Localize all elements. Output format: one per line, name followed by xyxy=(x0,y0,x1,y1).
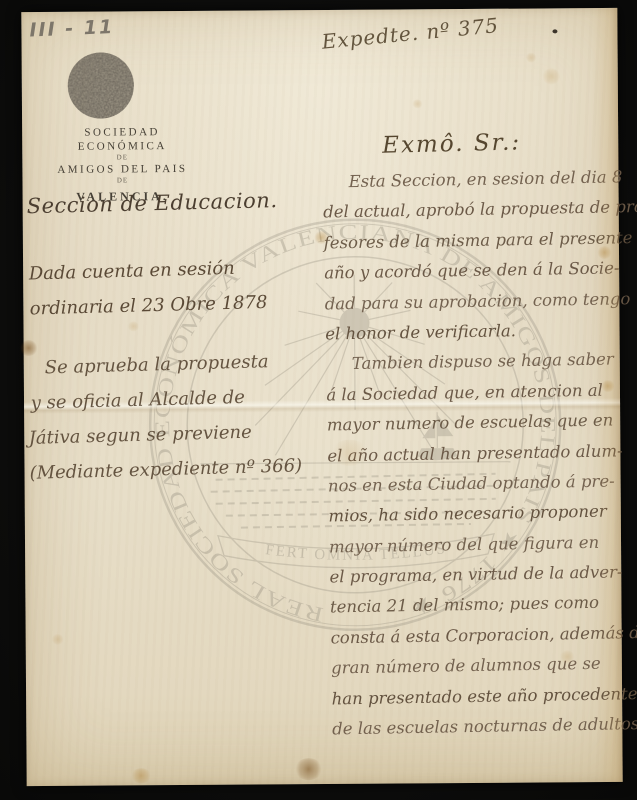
foxing-spot xyxy=(601,380,615,392)
letter-line: tencia 21 del mismo; pues como xyxy=(330,588,622,623)
foxing-spot xyxy=(330,440,368,466)
foxing-spot xyxy=(597,246,612,259)
letterhead-de: DE xyxy=(38,153,206,163)
salutation: Exmô. Sr.: xyxy=(382,129,522,158)
letter-line: gran número de alumnos que se xyxy=(331,649,623,684)
foxing-spot xyxy=(127,321,139,331)
letter-line: mayor numero de escuelas que en xyxy=(327,406,619,441)
margin-note-line: ordinaria el 23 Obre 1878 xyxy=(29,285,268,327)
letterhead-de2: DE xyxy=(38,176,206,186)
ink-dot xyxy=(552,29,557,33)
margin-note-line: (Mediante expediente nº 366) xyxy=(29,448,302,491)
letter-page: REAL SOCIEDAD ECONÓMICA VALENCIANA DE AM… xyxy=(21,8,622,786)
letter-line: fesores de la misma para el presente xyxy=(323,223,615,258)
foxing-spot xyxy=(131,768,152,783)
letter-line: de las escuelas nocturnas de adultos xyxy=(332,709,624,744)
expediente-number: Expedte. nº 375 xyxy=(321,13,500,54)
letter-line: Esta Seccion, en sesion del dia 8 xyxy=(322,162,614,197)
foxing-spot xyxy=(52,634,64,645)
letterhead-amigos: AMIGOS DEL PAIS xyxy=(38,162,206,177)
margin-note-dada-cuenta: Dada cuenta en sesión ordinaria el 23 Ob… xyxy=(28,250,268,327)
ink-stamp-icon xyxy=(66,50,136,120)
letter-line: dad para su aprobacion, como tengo xyxy=(325,284,617,319)
foxing-spot xyxy=(314,231,329,244)
archive-pencil-mark: III - 11 xyxy=(29,16,115,42)
foxing-spot xyxy=(295,758,323,780)
section-heading: Seccion de Educacion. xyxy=(26,188,277,218)
foxing-spot xyxy=(20,340,38,356)
letter-line: nos en esta Ciudad optando á pre- xyxy=(328,466,620,501)
letter-line: Tambien dispuso se haga saber xyxy=(326,345,618,380)
foxing-spot xyxy=(526,52,537,62)
letterhead-society-name: SOCIEDAD ECONÓMICA xyxy=(38,125,206,154)
letter-line: mayor número del que figura en xyxy=(329,527,621,562)
foxing-spot xyxy=(412,99,423,108)
margin-note-acuerdo: Se aprueba la propuesta y se oficia al A… xyxy=(26,343,302,491)
foxing-spot xyxy=(542,68,561,84)
foxing-spot xyxy=(560,650,575,663)
